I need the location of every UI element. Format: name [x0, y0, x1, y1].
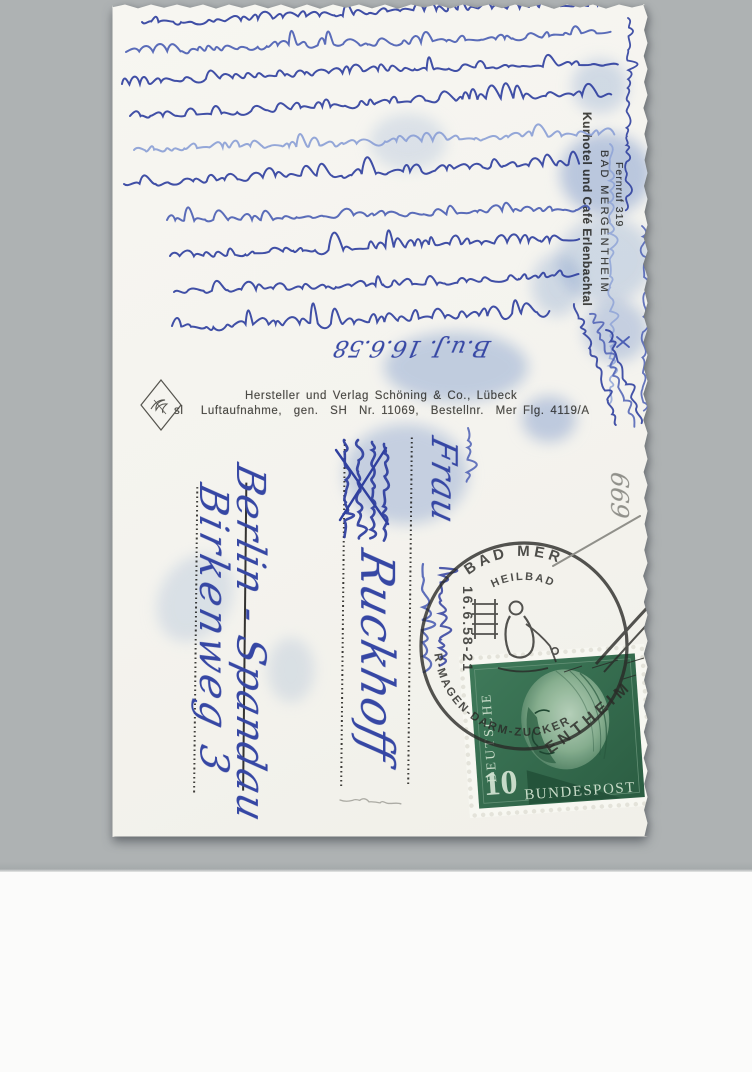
- address-street-handwriting: Birkenweg 3: [193, 480, 233, 780]
- pencil-code-handwriting: 669: [607, 471, 631, 520]
- address-title-handwriting: Frau: [425, 433, 460, 526]
- postcard: Kurhotel und Café Erlenbachtal BAD MERGE…: [112, 4, 648, 837]
- postage-stamp: DEUTSCHE 10 BUNDESPOST: [459, 644, 656, 819]
- postcard-paper: Kurhotel und Café Erlenbachtal BAD MERGE…: [112, 4, 648, 837]
- scanned-postcard-back: { "scan": { "background_color": "#aeb2b3…: [0, 0, 752, 1072]
- address-city-handwriting: Berlin - Spandau: [230, 460, 270, 826]
- message-date-handwriting: B.u.J. 16.6.58: [338, 336, 493, 359]
- scanner-lower-strip: [0, 872, 752, 1072]
- address-name-handwriting: Ruckhoff: [354, 546, 400, 765]
- stamp-value-text: 10: [482, 764, 518, 803]
